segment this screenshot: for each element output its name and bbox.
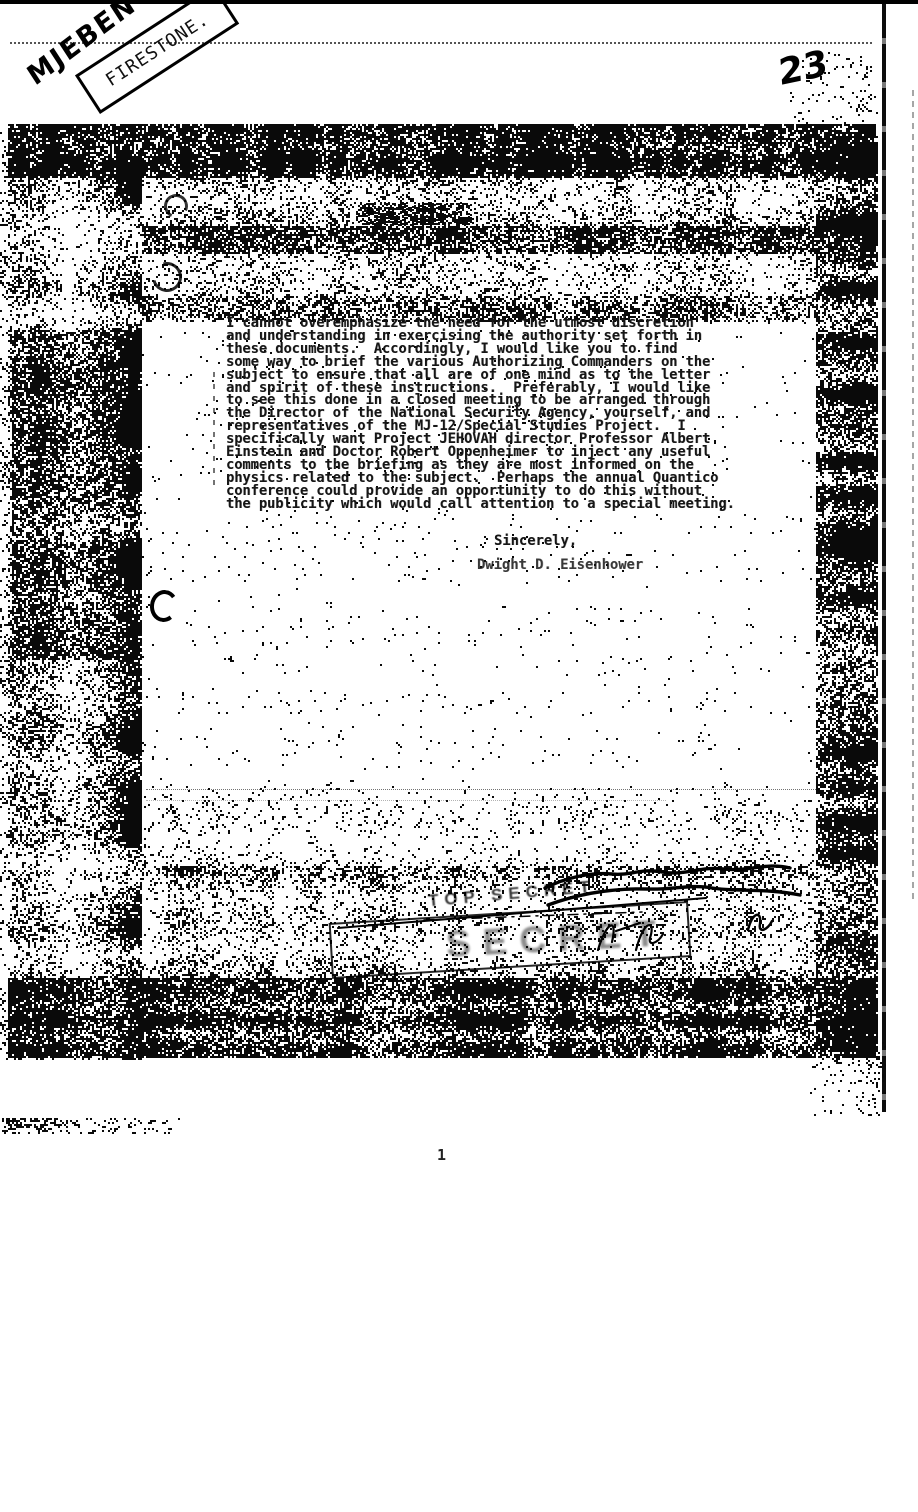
- handwritten-scrawl-line-1: [545, 866, 790, 888]
- strikethrough-line: [338, 898, 706, 928]
- dash-dot-line: [424, 912, 642, 920]
- handwritten-initials: [598, 923, 663, 950]
- handwritten-scrawl-overlay: [0, 0, 918, 1512]
- page-number-footer: 1: [437, 1146, 446, 1164]
- handwritten-scrawl-line-2: [548, 887, 800, 905]
- scanned-document-page: MJEBEN FIRESTONE. 23 I cannot overemphas…: [0, 0, 918, 1512]
- handwritten-flourish: [748, 915, 772, 930]
